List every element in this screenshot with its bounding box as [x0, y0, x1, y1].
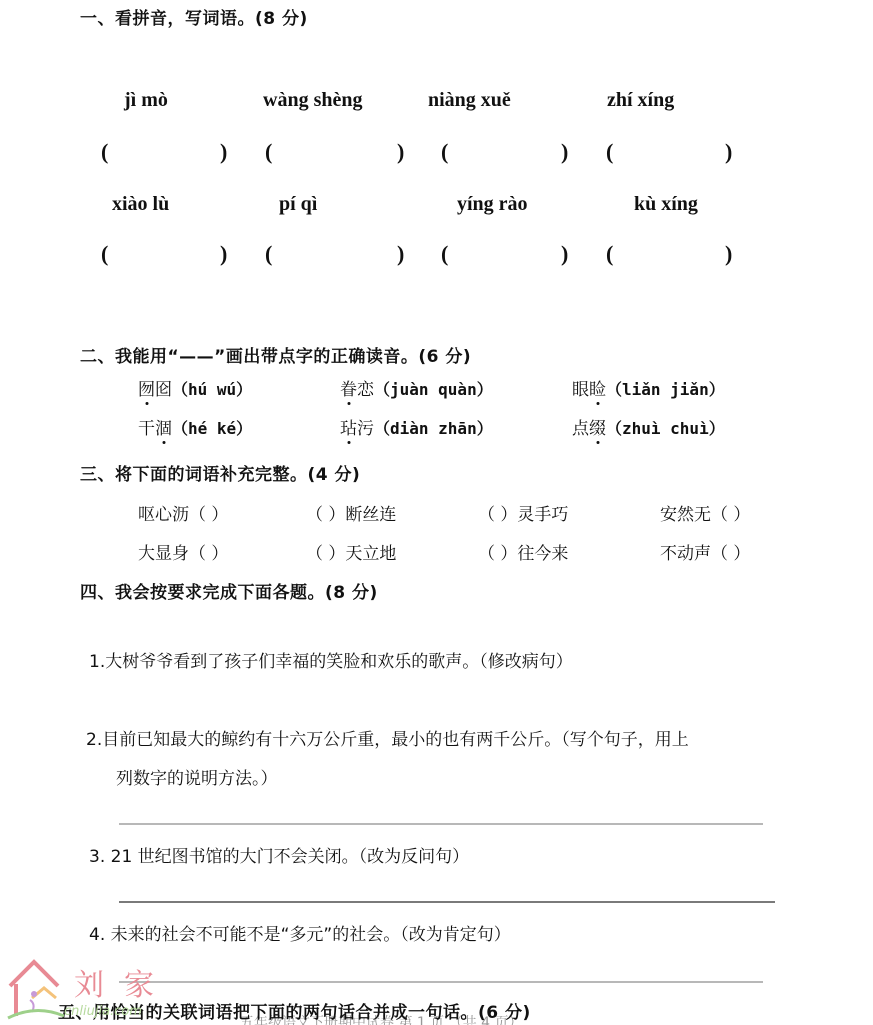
idiom-blank[interactable]: （ ）往今来 [478, 539, 568, 564]
answer-blank-open[interactable]: ( [101, 241, 108, 267]
question-3: 3. 21 世纪图书馆的大门不会关闭。（改为反问句） [89, 842, 469, 867]
section4-heading: 四、我会按要求完成下面各题。(8 分) [80, 578, 378, 603]
answer-blank-close: ) [220, 241, 227, 267]
answer-blank-close: ) [725, 139, 732, 165]
answer-blank-open[interactable]: ( [441, 241, 448, 267]
pronunciation-options[interactable]: （hú wú） [172, 380, 252, 399]
idiom-blank[interactable]: （ ）断丝连 [306, 500, 396, 525]
idiom-blank[interactable]: （ ）灵手巧 [478, 500, 568, 525]
idiom-blank[interactable]: 呕心沥（ ） [138, 500, 228, 525]
watermark-logo: 刘 家 cnliujia.com [6, 958, 166, 1022]
pronunciation-options[interactable]: （hé ké） [172, 419, 252, 438]
answer-blank-open[interactable]: ( [606, 139, 613, 165]
pinyin-item: xiào lù [112, 193, 169, 216]
answer-blank-close: ) [397, 241, 404, 267]
section1-heading: 一、看拼音，写词语。(8 分) [80, 4, 308, 29]
pronunciation-item[interactable]: 玷污（diàn zhān） [340, 414, 493, 439]
watermark-char: 家 [124, 960, 154, 1004]
idiom-blank[interactable]: 大显身（ ） [138, 539, 228, 564]
pinyin-item: zhí xíng [607, 89, 674, 112]
pronunciation-item[interactable]: 眼睑（liǎn jiǎn） [572, 375, 725, 400]
answer-line-q2[interactable] [119, 823, 763, 825]
watermark-url: cnliujia.com [64, 1004, 142, 1019]
idiom-blank[interactable]: 不动声（ ） [660, 539, 750, 564]
question-2-continued: 列数字的说明方法。） [116, 764, 278, 789]
dotted-character: 玷 [340, 419, 357, 439]
pronunciation-options[interactable]: （juàn quàn） [374, 380, 493, 399]
dotted-character: 缀 [589, 419, 606, 439]
answer-blank-close: ) [561, 241, 568, 267]
answer-line-q4[interactable] [119, 981, 763, 983]
section3-heading: 三、将下面的词语补充完整。(4 分) [80, 460, 360, 485]
answer-blank-close: ) [397, 139, 404, 165]
answer-line-q3[interactable] [119, 901, 775, 903]
house-icon [6, 958, 66, 1022]
pronunciation-item[interactable]: 囫囵（hú wú） [138, 375, 252, 400]
pinyin-item: pí qì [279, 193, 317, 216]
answer-blank-open[interactable]: ( [265, 241, 272, 267]
pinyin-item: wàng shèng [263, 89, 362, 112]
answer-blank-open[interactable]: ( [101, 139, 108, 165]
pinyin-item: kù xíng [634, 193, 698, 216]
dotted-character: 囫 [138, 380, 155, 400]
pronunciation-item[interactable]: 点缀（zhuì chuì） [572, 414, 725, 439]
idiom-blank[interactable]: （ ）天立地 [306, 539, 396, 564]
pronunciation-options[interactable]: （diàn zhān） [374, 419, 493, 438]
answer-blank-open[interactable]: ( [441, 139, 448, 165]
answer-blank-open[interactable]: ( [265, 139, 272, 165]
question-2: 2.目前已知最大的鲸约有十六万公斤重，最小的也有两千公斤。（写个句子，用上 [86, 725, 689, 750]
dotted-character: 睑 [589, 380, 606, 400]
answer-blank-close: ) [561, 139, 568, 165]
dotted-character: 涸 [155, 419, 172, 439]
pinyin-item: yíng rào [457, 193, 528, 216]
answer-blank-close: ) [220, 139, 227, 165]
question-4: 4. 未来的社会不可能不是“多元”的社会。（改为肯定句） [89, 920, 511, 945]
section2-heading: 二、我能用“——”画出带点字的正确读音。(6 分) [80, 342, 471, 367]
question-1: 1.大树爷爷看到了孩子们幸福的笑脸和欢乐的歌声。（修改病句） [89, 647, 573, 672]
watermark-char: 刘 [74, 960, 104, 1004]
pronunciation-options[interactable]: （liǎn jiǎn） [606, 380, 725, 399]
pinyin-item: jì mò [124, 89, 168, 112]
pinyin-item: niàng xuě [428, 89, 511, 112]
idiom-blank[interactable]: 安然无（ ） [660, 500, 750, 525]
pronunciation-options[interactable]: （zhuì chuì） [606, 419, 725, 438]
pronunciation-item[interactable]: 干涸（hé ké） [138, 414, 252, 439]
dotted-character: 眷 [340, 380, 357, 400]
answer-blank-open[interactable]: ( [606, 241, 613, 267]
pronunciation-item[interactable]: 眷恋（juàn quàn） [340, 375, 493, 400]
answer-blank-close: ) [725, 241, 732, 267]
